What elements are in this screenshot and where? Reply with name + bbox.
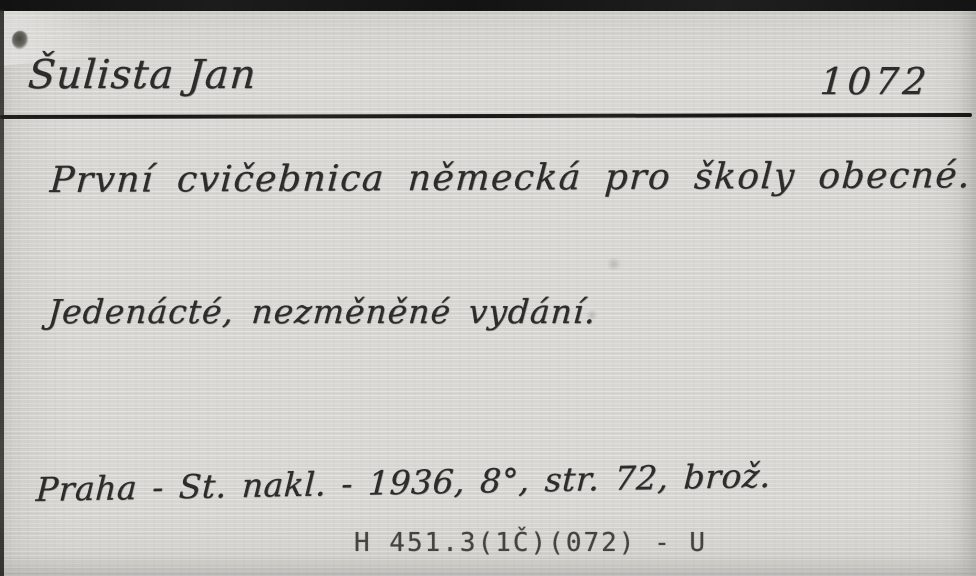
classification-call-number: H 451.3(1Č)(072) - U — [354, 528, 707, 558]
card-number: 1072 — [818, 60, 931, 103]
paper-smudge — [605, 258, 623, 270]
author-heading: Šulista Jan — [26, 52, 258, 98]
title-line: První cvičebnica německá pro školy obecn… — [49, 155, 973, 201]
imprint-line: Praha - St. nakl. - 1936, 8°, str. 72, b… — [35, 456, 772, 509]
heading-rule — [0, 113, 972, 119]
scan-edge-top — [0, 0, 976, 11]
edition-line: Jedenácté, nezměněné vydání. — [47, 292, 598, 331]
scan-edge-left — [0, 9, 4, 576]
ink-blot — [12, 31, 28, 49]
library-catalog-card-scan: Šulista Jan 1072 První cvičebnica německ… — [0, 0, 976, 576]
